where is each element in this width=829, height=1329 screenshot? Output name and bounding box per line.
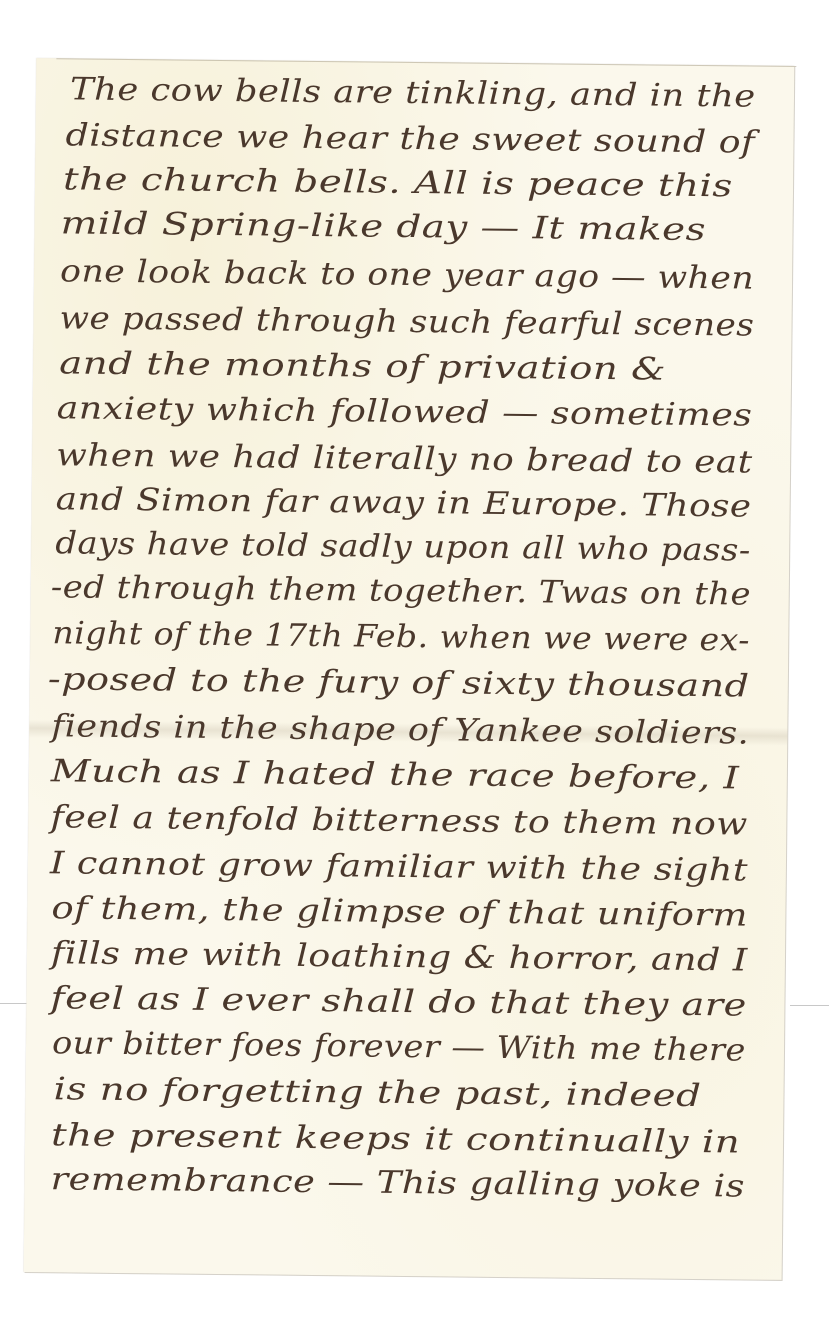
text-line: anxiety which followed — sometimes (57, 393, 753, 431)
text-line: feel a tenfold bitterness to them now (50, 802, 748, 840)
letter-page: The cow bells are tinkling, and in the d… (24, 58, 795, 1280)
text-line: distance we hear the sweet sound of (65, 120, 755, 158)
text-line: and Simon far away in Europe. Those (56, 484, 752, 522)
text-line: when we had literally no bread to eat (56, 440, 753, 478)
text-line: -ed through them together. Twas on the (51, 572, 752, 610)
text-line: and the months of privation & (59, 348, 666, 385)
scanner-artifact-line-right (790, 1005, 829, 1006)
text-line: one look back to one year ago — when (60, 256, 754, 294)
text-line: fills me with loathing & horror, and I (51, 938, 748, 976)
text-line: is no forgetting the past, indeed (53, 1074, 701, 1112)
text-line: The cow bells are tinkling, and in the (70, 74, 756, 112)
text-line: fiends in the shape of Yankee soldiers. (51, 711, 749, 749)
text-line: of them, the glimpse of that uniform (51, 893, 748, 931)
text-line: remembrance — This galling yoke is (50, 1164, 745, 1202)
text-line: the church bells. All is peace this (63, 164, 733, 202)
text-line: mild Spring-like day — It makes (60, 208, 706, 246)
text-line: the present keeps it continually in (51, 1120, 740, 1158)
text-line: Much as I hated the race before, I (51, 756, 740, 794)
text-line: I cannot grow familiar with the sight (50, 848, 748, 886)
text-line: we passed through such fearful scenes (59, 303, 754, 341)
handwritten-text: The cow bells are tinkling, and in the d… (24, 58, 795, 1280)
text-line: feel as I ever shall do that they are (50, 983, 747, 1021)
text-line: night of the 17th Feb. when we were ex- (52, 618, 750, 656)
text-line: -posed to the fury of sixty thousand (48, 664, 750, 702)
text-line: our bitter foes forever — With me there (52, 1028, 746, 1066)
text-line: days have told sadly upon all who pass- (55, 528, 751, 566)
